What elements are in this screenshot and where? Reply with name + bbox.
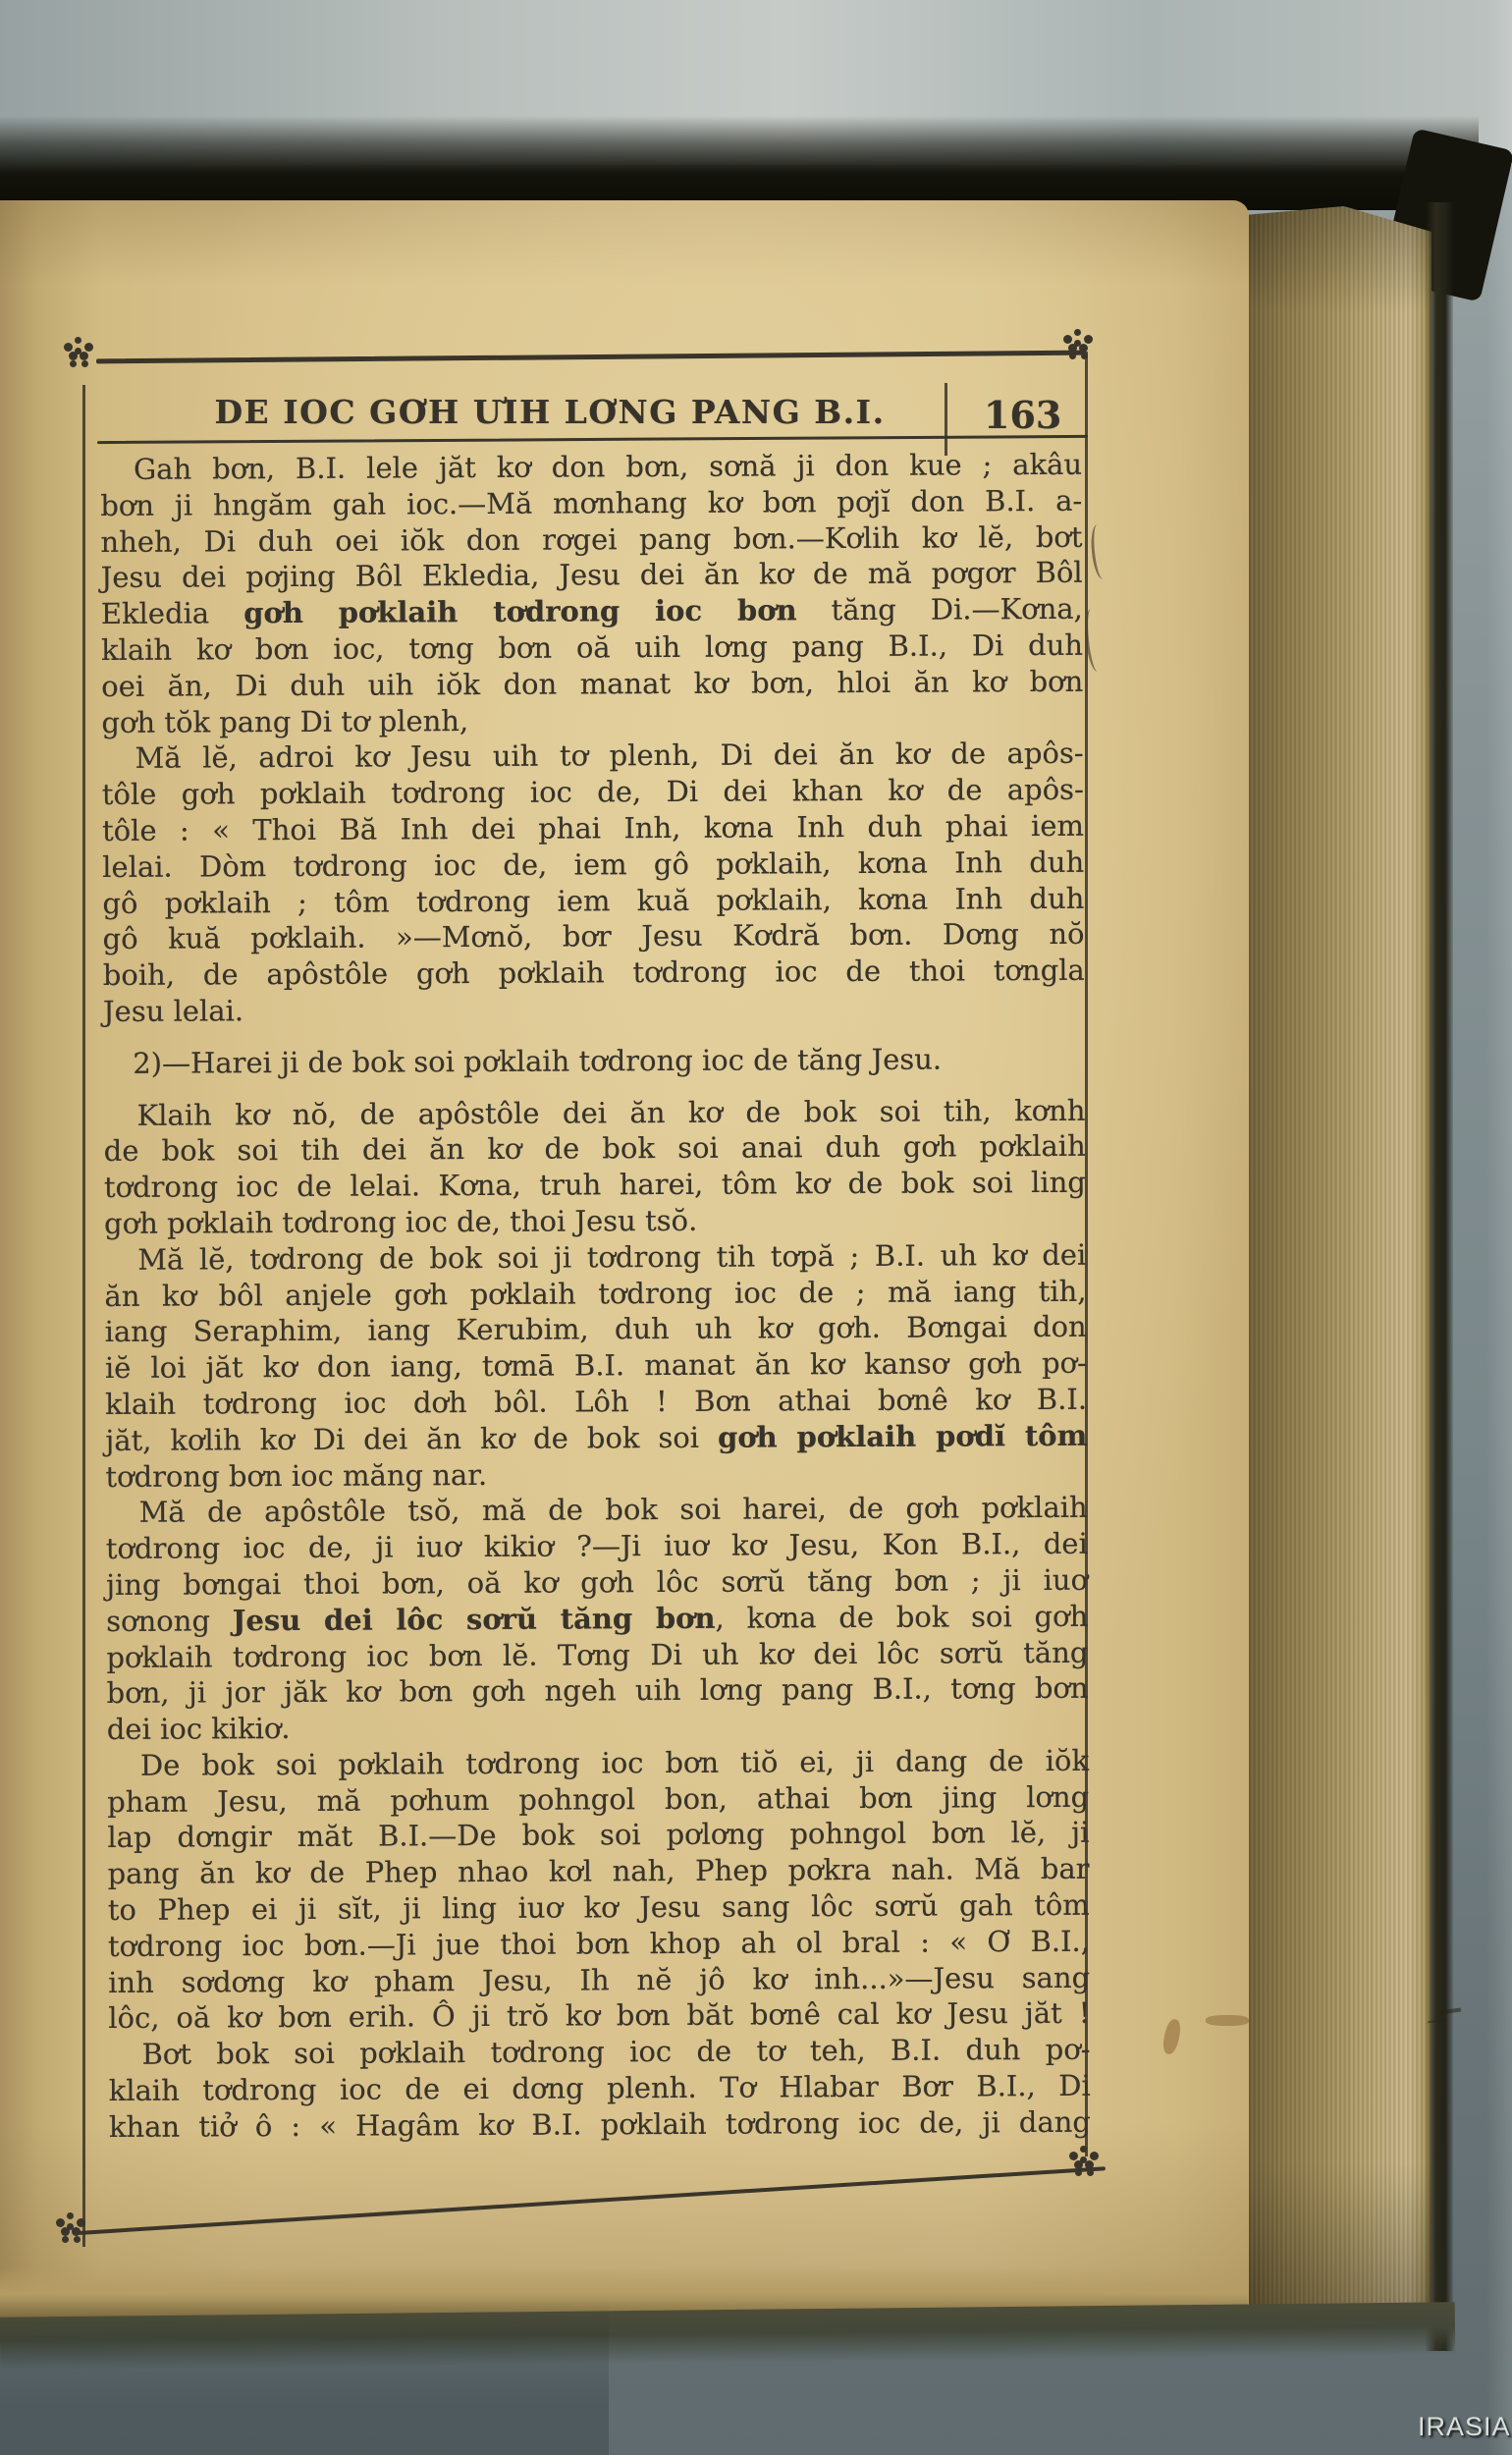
text-border-left [82,385,85,2247]
text-line: khan tiở ô : « Hagâm kơ B.I. pơklaih tơd… [109,2104,1091,2146]
text-line: Mă de apôstôle tsŏ, mă de bok soi harei,… [106,1490,1088,1531]
text-line: dei ioc kikiơ. [107,1707,1089,1748]
text-line: gơh pơklaih tơdrong ioc de, thoi Jesu ts… [104,1201,1086,1242]
text-line: boih, de apôstôle gơh pơklaih tơdrong io… [103,953,1085,994]
scanned-book-photo: DE IOC GƠH ƯIH LƠNG PANG B.I. 163 Gah bơ… [0,0,1512,2455]
text-line: sơnong Jesu dei lôc sơrŭ tăng bơn, kơna … [106,1598,1088,1639]
text-line: Jesu lelai. [103,989,1085,1030]
text-line: bơn, ji jor jăk kơ bơn gơh ngeh uih lơng… [107,1670,1089,1712]
book-edge-shadow [1426,202,1453,2351]
text-line: klaih tơdrong ioc dơh bôl. Lôh ! Bơn ath… [105,1382,1087,1423]
text-line: inh sơdơng kơ pham Jesu, Ih nĕ jô kơ inh… [108,1959,1090,2000]
text-line: Mă lĕ, adroi kơ Jesu uih tơ plenh, Di de… [102,736,1084,777]
text-line: ăn kơ bôl anjele gơh pơklaih tơdrong ioc… [104,1273,1086,1314]
text-line: oei ăn, Di duh uih iŏk don manat kơ bơn,… [101,664,1083,705]
text-line: klaih kơ bơn ioc, tơng bơn oă uih lơng p… [101,627,1083,669]
page-number-separator [945,383,947,456]
text-line: gô pơklaih ; tôm tơdrong iem kuă pơklaih… [102,880,1084,921]
page-number: 163 [984,393,1082,437]
text-line: tơdrong ioc bơn.—Ji jue thoi bơn khop ah… [108,1924,1090,1965]
text-line: tơdrong ioc de, ji iuơ kikiơ ?—Ji iuơ kơ… [106,1526,1088,1567]
page-stain [1206,2015,1249,2026]
book-fore-edge-pages [1249,206,1431,2333]
text-line: nheh, Di duh oei iŏk don rơgei pang bơn.… [100,518,1082,560]
scanner-background-right-edge [1486,0,1512,2455]
text-line: tơdrong ioc de lelai. Kơna, truh harei, … [104,1165,1086,1206]
text-line: tôle gơh pơklaih tơdrong ioc de, Di dei … [102,772,1084,813]
text-line: Mă lĕ, tơdrong de bok soi ji tơdrong tih… [104,1236,1086,1278]
text-line: lelai. Dòm tơdrong ioc de, iem gô pơklai… [102,845,1084,886]
text-line: jăt, kơlih kơ Di dei ăn kơ de bok soi gơ… [105,1417,1087,1458]
book-cover-top-edge [0,116,1479,210]
text-line: bơn ji hngăm gah ioc.—Mă mơnhang kơ bơn … [100,483,1082,524]
watermark-text: IRASIA [1418,2412,1511,2442]
text-line: to Phep ei ji sĭt, ji ling iuơ kơ Jesu s… [108,1887,1090,1929]
text-line: lôc, oă kơ bơn erih. Ô ji trŏ kơ bơn băt… [108,1995,1090,2037]
text-line: lap dơngir măt B.I.—De bok soi pơlơng po… [107,1815,1089,1856]
text-line: pang ăn kơ de Phep nhao kơl nah, Phep pơ… [107,1851,1089,1892]
text-line: Bơt bok soi pơklaih tơdrong ioc de tơ te… [108,2032,1090,2073]
text-line: De bok soi pơklaih tơdrong ioc bơn tiŏ e… [107,1743,1089,1784]
text-line: Ekledia gơh pơklaih tơdrong ioc bơn tăng… [101,591,1083,632]
text-line: tôle : « Thoi Bă Inh dei phai Inh, kơna … [102,808,1084,849]
text-line: pham Jesu, mă pơhum pohngol bon, athai b… [107,1778,1089,1820]
text-line: gơh tŏk pang Di tơ plenh, [101,699,1083,740]
text-line: iang Seraphim, iang Kerubim, duh uh kơ g… [105,1309,1087,1350]
text-line: klaih tơdrong ioc de ei dơng plenh. Tơ H… [109,2068,1091,2109]
text-line: Jesu dei pơjing Bôl Ekledia, Jesu dei ăn… [101,555,1083,596]
text-line: Klaih kơ nŏ, de apôstôle dei ăn kơ de bo… [103,1092,1085,1133]
section-heading: 2)—Harei ji de bok soi pơklaih tơdrong i… [103,1041,1085,1082]
text-line: gô kuă pơklaih. »—Mơnŏ, bơr Jesu Kơdră b… [103,916,1085,957]
fleuron-ornament-top-left-icon [69,352,78,360]
text-line: tơdrong bơn ioc măng nar. [105,1453,1087,1495]
scanner-background-bottom-shade [0,2298,609,2455]
fleuron-ornament-bottom-left-icon [61,2227,70,2236]
body-text: Gah bơn, B.I. lele jăt kơ don bơn, sơnă … [100,447,1091,2146]
text-line: de bok soi tih dei ăn kơ de bok soi anai… [104,1128,1086,1170]
text-line: pơklaih tơdrong ioc bơn lĕ. Tơng Di uh k… [106,1634,1088,1675]
text-line: Gah bơn, B.I. lele jăt kơ don bơn, sơnă … [100,447,1082,488]
text-line: iĕ loi jăt kơ don iang, tơmā B.I. manat … [105,1345,1087,1387]
running-header-title: DE IOC GƠH ƯIH LƠNG PANG B.I. [167,393,933,431]
text-line: jing bơngai thoi bơn, oă kơ gơh lôc sơrŭ… [106,1562,1088,1604]
